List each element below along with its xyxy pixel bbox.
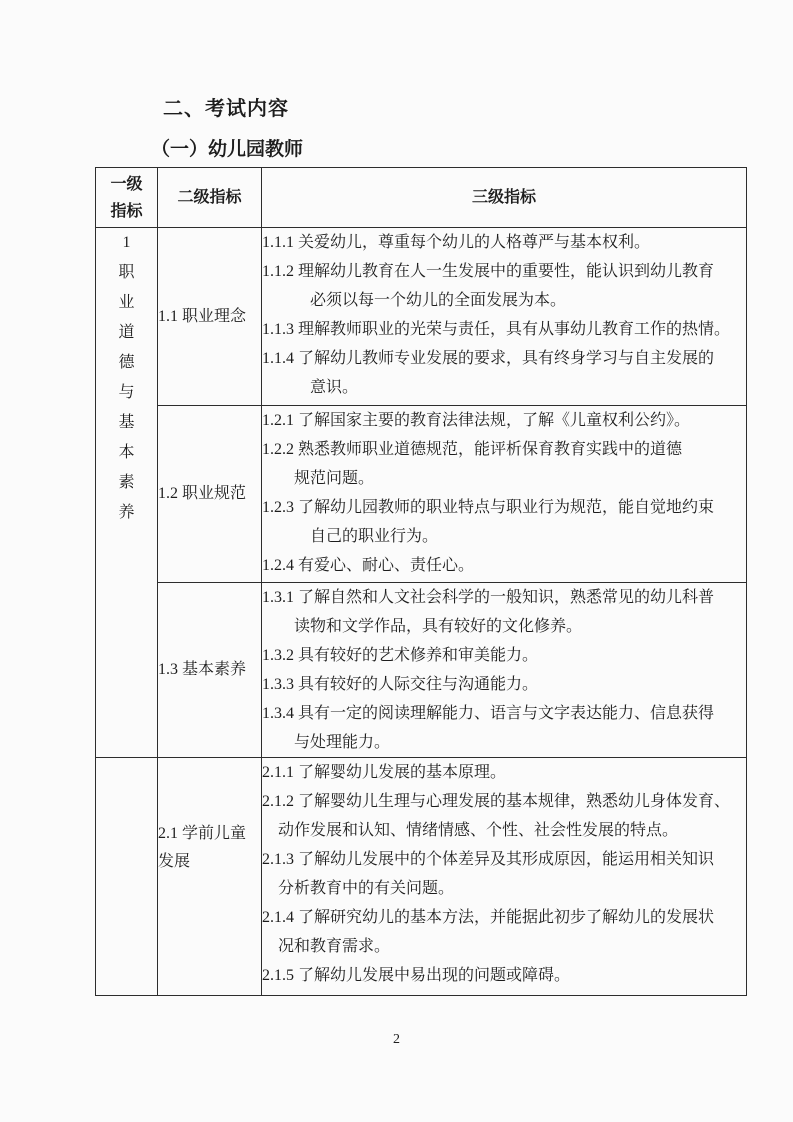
level1-cell-section2 bbox=[96, 758, 158, 996]
indicator-item: 2.1.1 了解婴幼儿发展的基本原理。 bbox=[262, 758, 746, 787]
level2-cell-1-1: 1.1 职业理念 bbox=[158, 228, 262, 406]
level1-cell-section1: 1 职 业 道 德 与 基 本 素 养 bbox=[96, 228, 158, 758]
indicator-item: 1.3.4 具有一定的阅读理解能力、语言与文字表达能力、信息获得 与处理能力。 bbox=[262, 699, 746, 757]
indicator-item: 1.2.1 了解国家主要的教育法律法规，了解《儿童权利公约》。 bbox=[262, 406, 746, 435]
level2-cell-1-2: 1.2 职业规范 bbox=[158, 406, 262, 583]
indicator-table: 一级 指标 二级指标 三级指标 1 职 业 道 德 与 基 本 素 养 1.1 … bbox=[95, 167, 747, 996]
indicator-item: 2.1.4 了解研究幼儿的基本方法，并能据此初步了解幼儿的发展状 况和教育需求。 bbox=[262, 903, 746, 961]
indicator-item: 1.1.4 了解幼儿教师专业发展的要求，具有终身学习与自主发展的 意识。 bbox=[262, 344, 746, 402]
indicator-item: 1.2.2 熟悉教师职业道德规范，能评析保育教育实践中的道德 规范问题。 bbox=[262, 435, 746, 493]
indicator-item: 1.2.3 了解幼儿园教师的职业特点与职业行为规范，能自觉地约束 自己的职业行为… bbox=[262, 493, 746, 551]
table-row-1-2: 1.2 职业规范 1.2.1 了解国家主要的教育法律法规，了解《儿童权利公约》。… bbox=[96, 406, 747, 583]
indicator-item: 1.3.2 具有较好的艺术修养和审美能力。 bbox=[262, 641, 746, 670]
indicator-item: 2.1.3 了解幼儿发展中的个体差异及其形成原因，能运用相关知识 分析教育中的有… bbox=[262, 845, 746, 903]
header-level1: 一级 指标 bbox=[96, 168, 158, 228]
section-subtitle: （一）幼儿园教师 bbox=[151, 137, 303, 163]
table-header-row: 一级 指标 二级指标 三级指标 bbox=[96, 168, 747, 228]
table-row-1-1: 1 职 业 道 德 与 基 本 素 养 1.1 职业理念 1.1.1 关爱幼儿，… bbox=[96, 228, 747, 406]
level3-cell-1-2: 1.2.1 了解国家主要的教育法律法规，了解《儿童权利公约》。 1.2.2 熟悉… bbox=[262, 406, 747, 583]
indicator-item: 1.3.3 具有较好的人际交往与沟通能力。 bbox=[262, 670, 746, 699]
indicator-item: 1.2.4 有爱心、耐心、责任心。 bbox=[262, 551, 746, 580]
level3-cell-2-1: 2.1.1 了解婴幼儿发展的基本原理。 2.1.2 了解婴幼儿生理与心理发展的基… bbox=[262, 758, 747, 996]
page-number: 2 bbox=[0, 1032, 793, 1048]
indicator-item: 1.1.3 理解教师职业的光荣与责任，具有从事幼儿教育工作的热情。 bbox=[262, 315, 746, 344]
indicator-item: 1.1.1 关爱幼儿，尊重每个幼儿的人格尊严与基本权利。 bbox=[262, 228, 746, 257]
table-row-2-1: 2.1 学前儿童 发展 2.1.1 了解婴幼儿发展的基本原理。 2.1.2 了解… bbox=[96, 758, 747, 996]
indicator-item: 1.3.1 了解自然和人文社会科学的一般知识，熟悉常见的幼儿科普 读物和文学作品… bbox=[262, 583, 746, 641]
indicator-item: 1.1.2 理解幼儿教育在人一生发展中的重要性，能认识到幼儿教育 必须以每一个幼… bbox=[262, 257, 746, 315]
header-level2: 二级指标 bbox=[158, 168, 262, 228]
page-title: 二、考试内容 bbox=[163, 95, 289, 123]
level2-cell-1-3: 1.3 基本素养 bbox=[158, 583, 262, 758]
table-row-1-3: 1.3 基本素养 1.3.1 了解自然和人文社会科学的一般知识，熟悉常见的幼儿科… bbox=[96, 583, 747, 758]
level2-cell-2-1: 2.1 学前儿童 发展 bbox=[158, 758, 262, 996]
level3-cell-1-1: 1.1.1 关爱幼儿，尊重每个幼儿的人格尊严与基本权利。 1.1.2 理解幼儿教… bbox=[262, 228, 747, 406]
indicator-item: 2.1.2 了解婴幼儿生理与心理发展的基本规律，熟悉幼儿身体发育、 动作发展和认… bbox=[262, 787, 746, 845]
indicator-item: 2.1.5 了解幼儿发展中易出现的问题或障碍。 bbox=[262, 961, 746, 990]
header-level3: 三级指标 bbox=[262, 168, 747, 228]
level3-cell-1-3: 1.3.1 了解自然和人文社会科学的一般知识，熟悉常见的幼儿科普 读物和文学作品… bbox=[262, 583, 747, 758]
